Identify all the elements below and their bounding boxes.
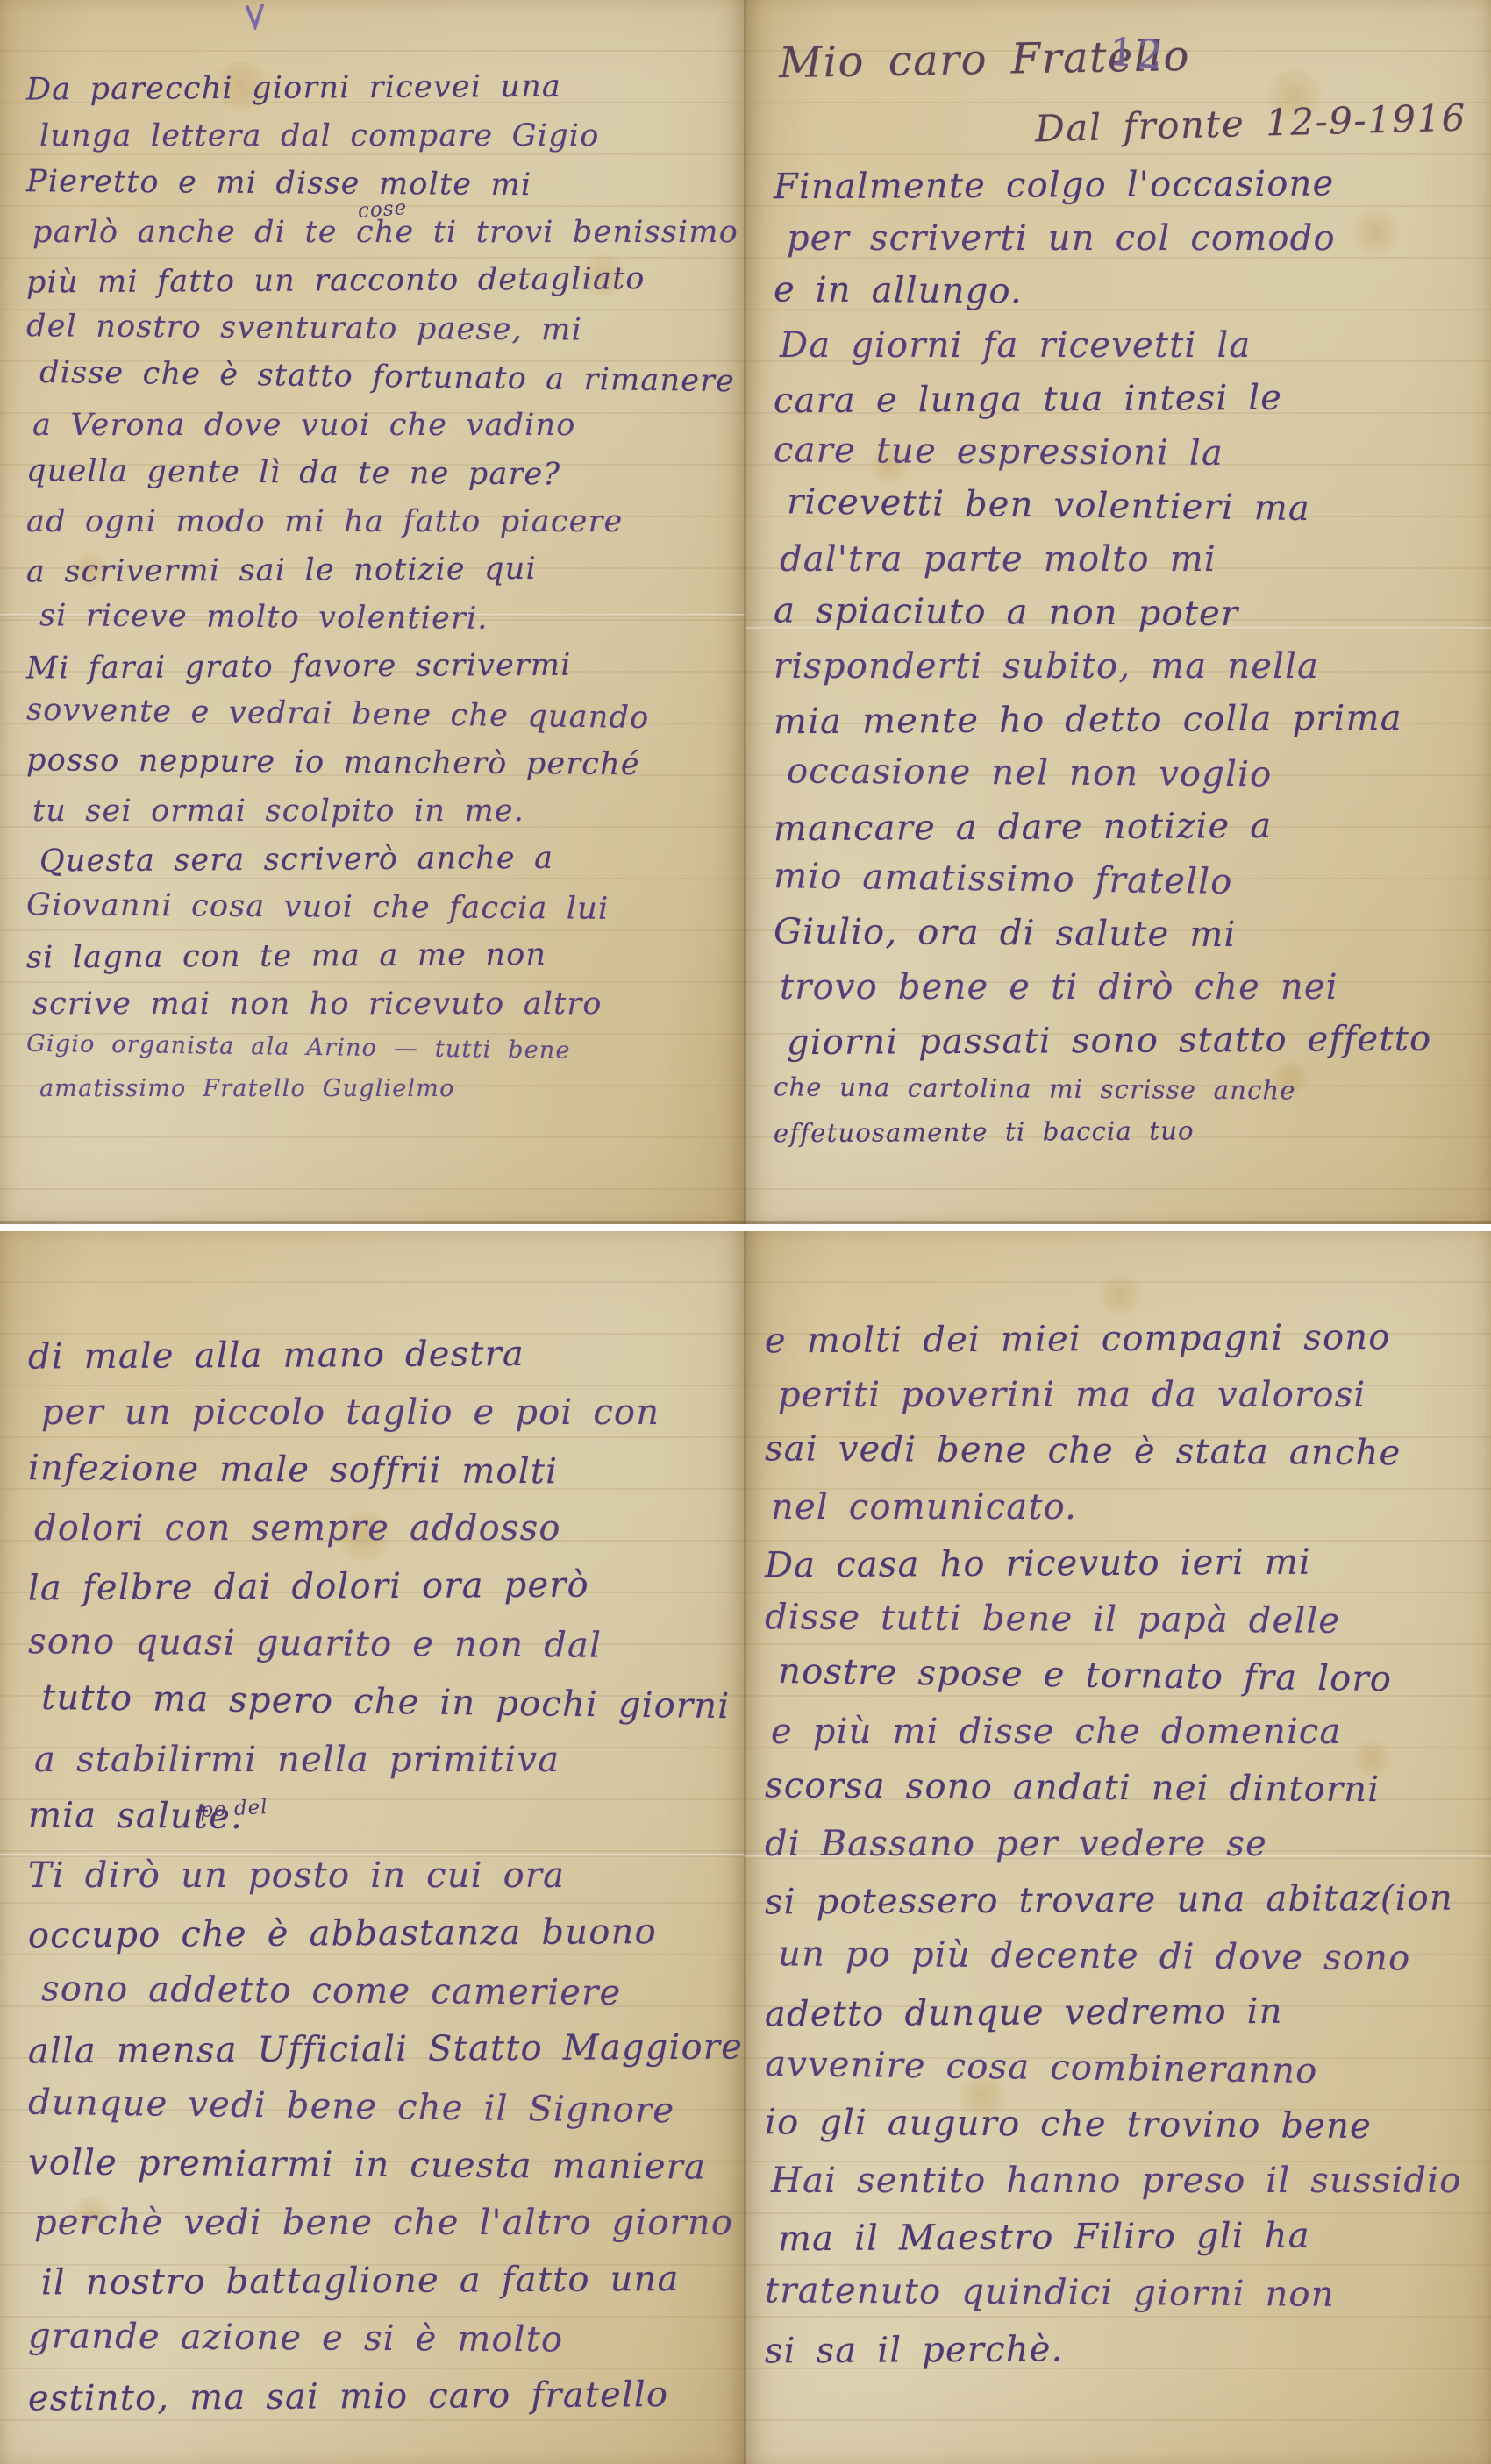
letter-line: si sa il perchè. — [765, 2327, 1462, 2388]
letter-line: si potessero trovare una abitaz(ion — [765, 1878, 1462, 1939]
center-fold — [744, 1231, 746, 2464]
letter-line: di male alla mano destra — [28, 1333, 743, 1395]
letter-line: Da parecchi giorni ricevei una — [26, 68, 738, 121]
letter-line: perchè vedi bene che l'altro giorno — [28, 2203, 743, 2261]
letter-line: tutto ma spero che in pochi giorni — [28, 1677, 744, 1745]
letter-line: dal'tra parte molto mi — [774, 539, 1431, 593]
letter-line: e più mi disse che domenica — [765, 1712, 1462, 1768]
letter-line: ma il Maestro Filiro gli ha — [765, 2215, 1462, 2275]
letter-line: tu sei ormai scolpito in me. — [26, 794, 738, 842]
letter-line: per scriverti un col comodo — [774, 218, 1431, 272]
letter-line: Giovanni cosa vuoi che faccia lui — [26, 887, 738, 941]
letter-line: Mi farai grato favore scrivermi — [26, 647, 738, 700]
letter-line: a spiaciuto a non poter — [774, 590, 1432, 648]
letter-line: scrive mai non ho ricevuto altro — [26, 986, 738, 1035]
letter-line: lunga lettera dal compare Gigio — [26, 118, 738, 167]
letter-line: periti poverini ma da valorosi — [765, 1375, 1462, 1431]
letter-line: disse che è statto fortunato a rimanere — [26, 355, 739, 413]
center-fold — [744, 0, 746, 1224]
letter-line: occasione nel non voglio — [774, 751, 1432, 808]
letter-line: Ti dirò un posto in cui ora — [28, 1855, 743, 1913]
letter-line: infezione male soffrii molti — [28, 1448, 744, 1511]
letter-sheet-2: po del di male alla mano destraper un pi… — [0, 1231, 1491, 2464]
letter-line: mia mente ho detto colla prima — [774, 698, 1432, 756]
letter-line: care tue espressioni la — [774, 430, 1432, 488]
letter-line: Giulio, ora di salute mi — [774, 911, 1432, 969]
letter-line: estinto, ma sai mio caro fratello — [28, 2375, 743, 2437]
letter-line: che una cartolina mi scrisse anche — [774, 1072, 1432, 1118]
letter-page-2: Mio caro Fratello 12 Dal fronte 12-9-191… — [745, 0, 1491, 1224]
letter-line: Finalmente colgo l'occasione — [774, 163, 1432, 221]
ink-mark — [244, 4, 267, 33]
letter-line: Da giorni fa ricevetti la — [774, 325, 1431, 379]
letter-page-3: po del di male alla mano destraper un pi… — [0, 1231, 745, 2464]
letter-line: del nostro sventurato paese, mi — [26, 309, 738, 362]
paper-stain — [1096, 1275, 1144, 1315]
letter-line: quella gente lì da te ne pare? — [26, 453, 738, 507]
letter-line: alla mensa Ufficiali Statto Maggiore — [28, 2027, 743, 2090]
letter-line: amatissimo Fratello Guglielmo — [26, 1075, 738, 1115]
letter-line: ad ogni modo mi ha fatto piacere — [26, 504, 738, 552]
letter-line: dolori con sempre addosso — [28, 1508, 743, 1566]
letter-line: posso neppure io mancherò perché — [26, 743, 738, 796]
letter-line: ricevetti ben volentieri ma — [774, 481, 1432, 544]
letter-line: volle premiarmi in cuesta maniera — [28, 2142, 744, 2205]
handwritten-lines: e molti dei miei compagni sonoperiti pov… — [765, 1319, 1462, 2385]
letter-line: sai vedi bene che è stata anche — [765, 1428, 1462, 1490]
letter-line: per un piccolo taglio e poi con — [28, 1392, 743, 1450]
letter-line: Questa sera scriverò anche a — [26, 840, 738, 893]
letter-line: io gli auguro che trovino bene — [765, 2102, 1462, 2163]
letter-line: Pieretto e mi disse molte mi — [26, 164, 738, 217]
letter-line: scorsa sono andati nei dintorni — [765, 1765, 1462, 1827]
letter-line: di Bassano per vedere se — [765, 1824, 1462, 1880]
letter-line: adetto dunque vedremo in — [765, 1990, 1462, 2051]
letter-line: grande azione e si è molto — [28, 2316, 744, 2379]
letter-line: effetuosamente ti baccia tuo — [774, 1114, 1432, 1161]
letter-line: Hai sentito hanno preso il sussidio — [765, 2161, 1462, 2217]
letter-line: trovo bene e ti dirò che nei — [774, 967, 1431, 1021]
letter-line: disse tutti bene il papà delle — [765, 1597, 1462, 1658]
letter-line: a stabilirmi nella primitiva — [28, 1740, 743, 1798]
letter-line: più mi fatto un racconto detagliato — [26, 261, 738, 314]
letter-line: la felbre dai dolori ora però — [28, 1564, 743, 1627]
letter-line: occupo che è abbastanza buono — [28, 1912, 743, 1974]
letter-line: tratenuto quindici giorni non — [765, 2270, 1462, 2332]
page-number: 12 — [1108, 30, 1166, 78]
letter-line: cara e lunga tua intesi le — [774, 377, 1432, 435]
letter-line: sono quasi guarito e non dal — [28, 1621, 744, 1684]
sheet-edge — [0, 1221, 1491, 1224]
letter-line: mio amatissimo fratello — [774, 856, 1432, 918]
letter-line: dunque vedi bene che il Signore — [28, 2083, 744, 2150]
letter-line: nostre spose e tornato fra loro — [765, 1651, 1462, 1716]
letter-line: un po più decente di dove sono — [765, 1933, 1462, 1995]
handwritten-lines: di male alla mano destraper un piccolo t… — [28, 1335, 743, 2434]
letter-line: risponderti subito, ma nella — [774, 646, 1431, 700]
letter-line: sovvente e vedrai bene che quando — [26, 693, 739, 751]
letter-line: a Verona dove vuoi che vadino — [26, 408, 738, 456]
letter-line: avvenire cosa combineranno — [765, 2044, 1462, 2109]
letter-line: si riceve molto volentieri. — [26, 598, 738, 652]
letter-line: si lagna con te ma a me non — [26, 936, 738, 989]
handwritten-lines: Finalmente colgo l'occasioneper scrivert… — [774, 165, 1431, 1158]
letter-dateline: Dal fronte 12-9-1916 — [1034, 96, 1466, 151]
handwritten-lines: Da parecchi giorni ricevei unalunga lett… — [26, 70, 738, 1115]
scanned-letter: { "colors": { "ink": "#4c3b72", "ink_hea… — [0, 0, 1491, 2464]
letter-line: giorni passati sono statto effetto — [774, 1019, 1432, 1077]
letter-line: e molti dei miei compagni sono — [765, 1317, 1462, 1378]
letter-page-1: cose Da parecchi giorni ricevei unalunga… — [0, 0, 745, 1224]
letter-line: mia salute. — [28, 1795, 744, 1858]
letter-line: Gigio organista ala Arino — tutti bene — [26, 1030, 739, 1080]
letter-line: e in allungo. — [774, 269, 1432, 327]
letter-line: Da casa ho ricevuto ieri mi — [765, 1542, 1462, 1602]
letter-sheet-1: cose Da parecchi giorni ricevei unalunga… — [0, 0, 1491, 1224]
letter-line: sono addetto come cameriere — [28, 1969, 744, 2032]
letter-line: parlò anche di te che ti trovi benissimo — [26, 215, 738, 263]
letter-line: a scrivermi sai le notizie qui — [26, 551, 738, 603]
letter-line: mancare a dare notizie a — [774, 805, 1432, 863]
letter-page-4: e molti dei miei compagni sonoperiti pov… — [745, 1231, 1491, 2464]
letter-line: il nostro battaglione a fatto una — [28, 2259, 743, 2321]
letter-line: nel comunicato. — [765, 1487, 1462, 1543]
